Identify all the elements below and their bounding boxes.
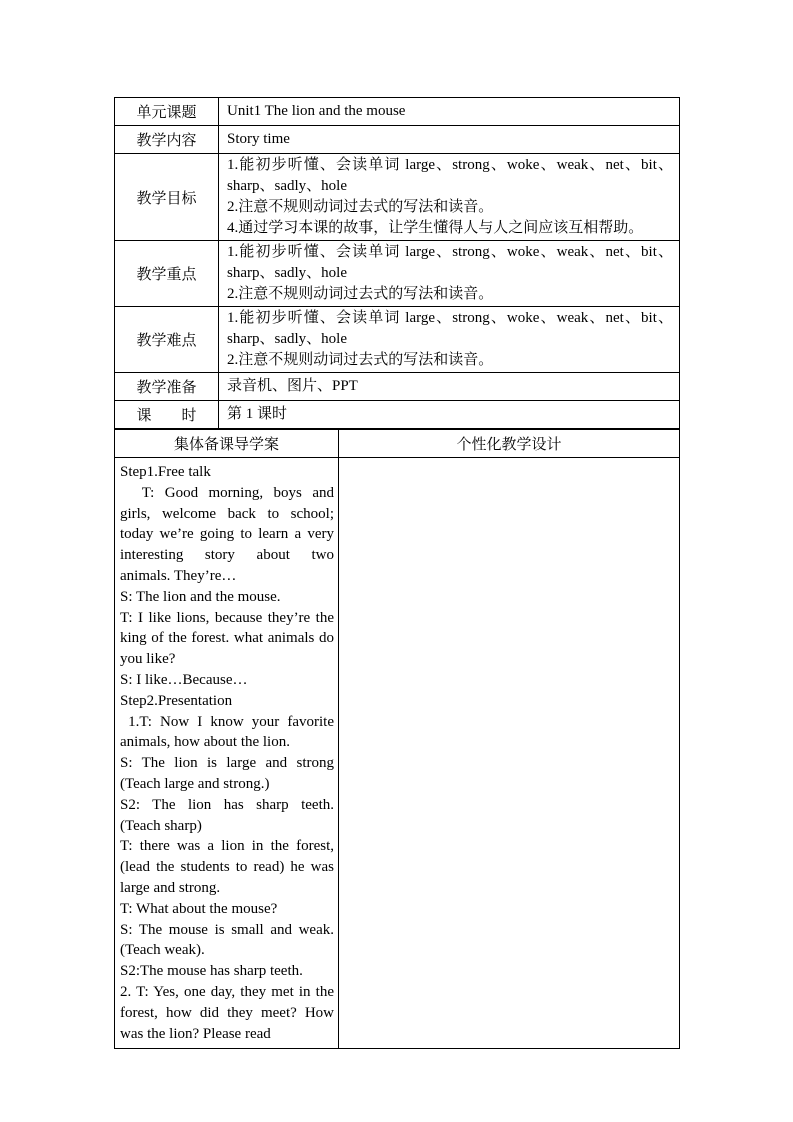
paragraph: 1.能初步听懂、会读单词 large、strong、woke、weak、net、… <box>227 242 673 284</box>
row-unit-topic: 单元课题 Unit1 The lion and the mouse <box>115 98 679 126</box>
paragraph: T: Good morning, boys and girls, welcome… <box>120 483 334 587</box>
paragraph: 1.T: Now I know your favorite animals, h… <box>120 712 334 754</box>
paragraph: 2. T: Yes, one day, they met in the fore… <box>120 982 334 1044</box>
row-class-period: 课 时 第 1 课时 <box>115 401 679 429</box>
plan-left-cell: Step1.Free talk T: Good morning, boys an… <box>115 458 339 1048</box>
value-teaching-preparation: 录音机、图片、PPT <box>219 373 679 400</box>
paragraph: S: The lion is large and strong (Teach l… <box>120 753 334 795</box>
label-teaching-content: 教学内容 <box>115 126 219 153</box>
value-teaching-content: Story time <box>219 126 679 153</box>
paragraph: 2.注意不规则动词过去式的写法和读音。 <box>227 350 673 371</box>
paragraph: T: there was a lion in the forest, (lead… <box>120 836 334 898</box>
row-teaching-goals: 教学目标 1.能初步听懂、会读单词 large、strong、woke、weak… <box>115 154 679 241</box>
paragraph: Step1.Free talk <box>120 462 334 483</box>
label-unit-topic: 单元课题 <box>115 98 219 125</box>
paragraph: Story time <box>227 129 673 150</box>
paragraph: S2: The lion has sharp teeth. (Teach sha… <box>120 795 334 837</box>
value-teaching-key-points: 1.能初步听懂、会读单词 large、strong、woke、weak、net、… <box>219 241 679 306</box>
value-teaching-difficulties: 1.能初步听懂、会读单词 large、strong、woke、weak、net、… <box>219 307 679 372</box>
paragraph: 1.能初步听懂、会读单词 large、strong、woke、weak、net、… <box>227 308 673 350</box>
row-teaching-difficulties: 教学难点 1.能初步听懂、会读单词 large、strong、woke、weak… <box>115 307 679 373</box>
paragraph: T: What about the mouse? <box>120 899 334 920</box>
row-teaching-key-points: 教学重点 1.能初步听懂、会读单词 large、strong、woke、weak… <box>115 241 679 307</box>
plan-right-cell <box>339 458 679 1048</box>
paragraph: 录音机、图片、PPT <box>227 376 673 397</box>
value-teaching-goals: 1.能初步听懂、会读单词 large、strong、woke、weak、net、… <box>219 154 679 240</box>
value-class-period: 第 1 课时 <box>219 401 679 428</box>
paragraph: 2.注意不规则动词过去式的写法和读音。 <box>227 197 673 218</box>
document-page: 单元课题 Unit1 The lion and the mouse 教学内容 S… <box>0 0 793 1122</box>
paragraph: T: I like lions, because they’re the kin… <box>120 608 334 670</box>
plan-body-row: Step1.Free talk T: Good morning, boys an… <box>115 458 679 1048</box>
label-teaching-difficulties: 教学难点 <box>115 307 219 372</box>
header-personalized-teaching-design: 个性化教学设计 <box>339 430 679 457</box>
paragraph: 第 1 课时 <box>227 404 673 425</box>
paragraph: S: The lion and the mouse. <box>120 587 334 608</box>
paragraph: 4.通过学习本课的故事，让学生懂得人与人之间应该互相帮助。 <box>227 218 673 239</box>
label-class-period: 课 时 <box>115 401 219 428</box>
paragraph: 1.能初步听懂、会读单词 large、strong、woke、weak、net、… <box>227 155 673 197</box>
plan-header-row: 集体备课导学案 个性化教学设计 <box>115 429 679 458</box>
row-teaching-content: 教学内容 Story time <box>115 126 679 154</box>
paragraph: S2:The mouse has sharp teeth. <box>120 961 334 982</box>
label-teaching-key-points: 教学重点 <box>115 241 219 306</box>
paragraph: Step2.Presentation <box>120 691 334 712</box>
paragraph: Unit1 The lion and the mouse <box>227 101 673 122</box>
lesson-plan-table: 单元课题 Unit1 The lion and the mouse 教学内容 S… <box>114 97 680 1049</box>
paragraph: S: The mouse is small and weak. (Teach w… <box>120 920 334 962</box>
paragraph: 2.注意不规则动词过去式的写法和读音。 <box>227 284 673 305</box>
value-unit-topic: Unit1 The lion and the mouse <box>219 98 679 125</box>
label-teaching-goals: 教学目标 <box>115 154 219 240</box>
header-collective-lesson-plan: 集体备课导学案 <box>115 430 339 457</box>
label-teaching-preparation: 教学准备 <box>115 373 219 400</box>
paragraph: S: I like…Because… <box>120 670 334 691</box>
row-teaching-preparation: 教学准备 录音机、图片、PPT <box>115 373 679 401</box>
